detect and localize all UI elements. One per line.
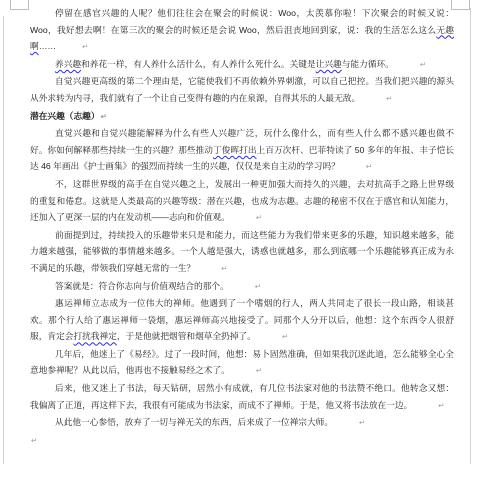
paragraph[interactable]: 几年后，他迷上了《易经》。过了一段时间，他想：易卜固然准确，但如果我沉迷此道，怎… [30, 346, 454, 380]
paragraph-mark-icon: ↵ [413, 398, 444, 415]
spellcheck-flagged-text: 养兴趣 [55, 59, 81, 69]
text-run: 和养花一样，有人养什么活什么，有人养什么死什么。关键是 [81, 59, 316, 69]
paragraph-mark-icon: ↵ [57, 39, 88, 56]
document-text-area[interactable]: 停留在感官兴趣的人呢？他们往往会在聚会的时候说：Woo，太羡慕你啦！下次聚会的时… [30, 5, 454, 449]
text-run: 后来，他又迷上了书法，每天钻研，居然小有成就，有几位书法家对他的书法赞不绝口。他… [30, 383, 454, 410]
text-run: 从此他一心参悟，放弃了一切与禅无关的东西，后来成了一位禅宗大师。 [55, 417, 333, 427]
word-document-page: 停留在感官兴趣的人呢？他们往往会在聚会的时候说：Woo，太羡慕你啦！下次聚会的时… [0, 0, 479, 480]
spellcheck-flagged-text: 丁俊晖打出 [213, 145, 257, 155]
paragraph[interactable]: 养兴趣和养花一样，有人养什么活什么，有人养什么死什么。关键是让兴趣与能力循环。↵ [30, 56, 454, 74]
paragraph-mark-icon: ↵ [101, 109, 107, 126]
paragraph[interactable]: 直觉兴趣和自觉兴趣能解释为什么有些人兴趣广泛，玩什么像什么，而有些人什么都不感兴… [30, 125, 454, 176]
crop-mark-top-left [10, 0, 29, 10]
paragraph[interactable]: 后来，他又迷上了书法，每天钻研，居然小有成就，有几位书法家对他的书法赞不绝口。他… [30, 380, 454, 414]
paragraph-mark-icon: ↵ [361, 91, 392, 108]
paragraph-mark-icon: ↵ [334, 415, 365, 432]
spellcheck-flagged-text: 让兴趣 [316, 59, 342, 69]
paragraph-mark-icon: ↵ [341, 159, 372, 176]
paragraph[interactable]: 自觉兴趣更高级的第二个理由是，它能使我们不再依赖外界刺激，可以自己把控。当我们把… [30, 73, 454, 107]
paragraph-mark-icon: ↵ [395, 57, 426, 74]
paragraph[interactable]: ↵ [30, 432, 454, 450]
paragraph[interactable]: 不，这群世界级的高手在自觉兴趣之上，发展出一种更加强大而持久的兴趣，去对抗高手之… [30, 176, 454, 227]
text-run: 潜在兴趣（志趣） [30, 111, 100, 121]
text-run: 停留在感官兴趣的人呢？他们往往会在聚会的时候说：Woo，太羡慕你啦！下次聚会的时… [30, 8, 454, 35]
heading-paragraph[interactable]: 潜在兴趣（志趣）↵ [30, 108, 454, 126]
paragraph[interactable]: 答案就是：符合你志向与价值观结合的那个。↵ [30, 278, 454, 296]
page-edge-right [470, 8, 471, 464]
paragraph-mark-icon: ↵ [257, 329, 288, 346]
paragraph-mark-icon: ↵ [231, 210, 262, 227]
text-run: 与能力循环。 [342, 59, 394, 69]
text-run: …… [39, 41, 56, 51]
paragraph-mark-icon: ↵ [196, 261, 227, 278]
paragraph-mark-icon: ↵ [230, 279, 261, 296]
text-run: 前面提到过，持续投入的乐趣带来只是和能力，而这些能力为我们带来更多的乐趣，知识越… [30, 230, 454, 273]
spellcheck-flagged-text: 打扰我禅定 [73, 331, 116, 341]
paragraph[interactable]: 停留在感官兴趣的人呢？他们往往会在聚会的时候说：Woo，太羡慕你啦！下次聚会的时… [30, 5, 454, 56]
page-edge-left [3, 16, 4, 464]
paragraph[interactable]: 前面提到过，持续投入的乐趣带来只是和能力，而这些能力为我们带来更多的乐趣，知识越… [30, 227, 454, 278]
paragraph[interactable]: 惠运禅师立志成为一位伟大的禅师。他遇到了一个嗜烟的行人，两人共同走了很长一段山路… [30, 295, 454, 346]
text-run: ，于是他就把烟管和烟草全扔掉了。 [117, 331, 256, 341]
text-run: 答案就是：符合你志向与价值观结合的那个。 [55, 281, 229, 291]
paragraph-mark-icon: ↵ [231, 363, 262, 380]
paragraph[interactable]: 从此他一心参悟，放弃了一切与禅无关的东西，后来成了一位禅宗大师。↵ [30, 414, 454, 432]
paragraph-mark-icon: ↵ [31, 433, 37, 450]
